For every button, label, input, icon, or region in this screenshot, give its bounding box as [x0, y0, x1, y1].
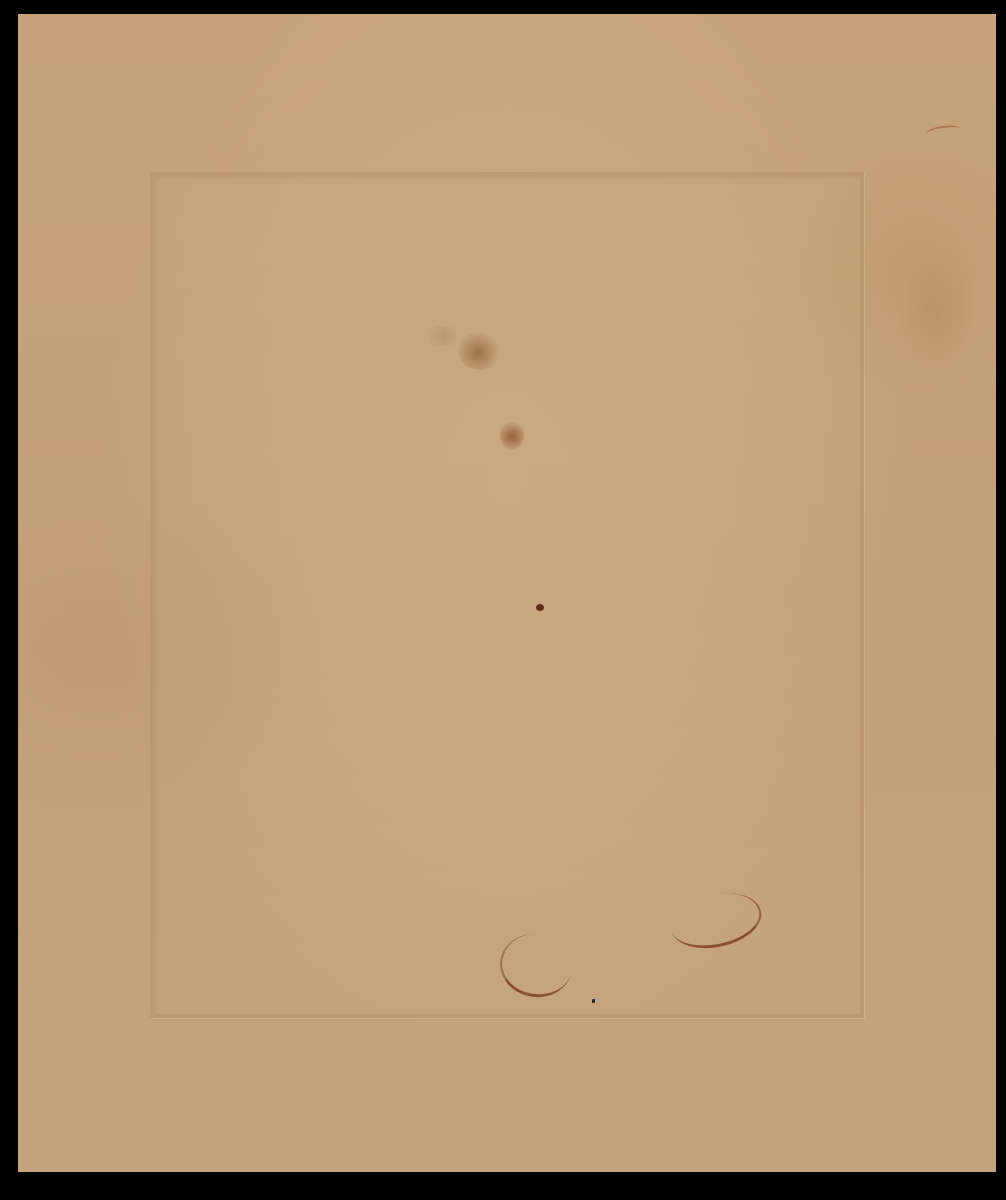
faint-stain-right [896, 244, 976, 374]
stain-upper-center-halo [423, 326, 463, 346]
stain-drop [500, 420, 524, 450]
paper-sheet [18, 14, 996, 1172]
plate-mark [150, 172, 864, 1018]
dark-speck [592, 999, 595, 1003]
corner-scratch [925, 124, 960, 139]
small-spot-center [536, 604, 544, 611]
stain-upper-center [458, 332, 502, 370]
